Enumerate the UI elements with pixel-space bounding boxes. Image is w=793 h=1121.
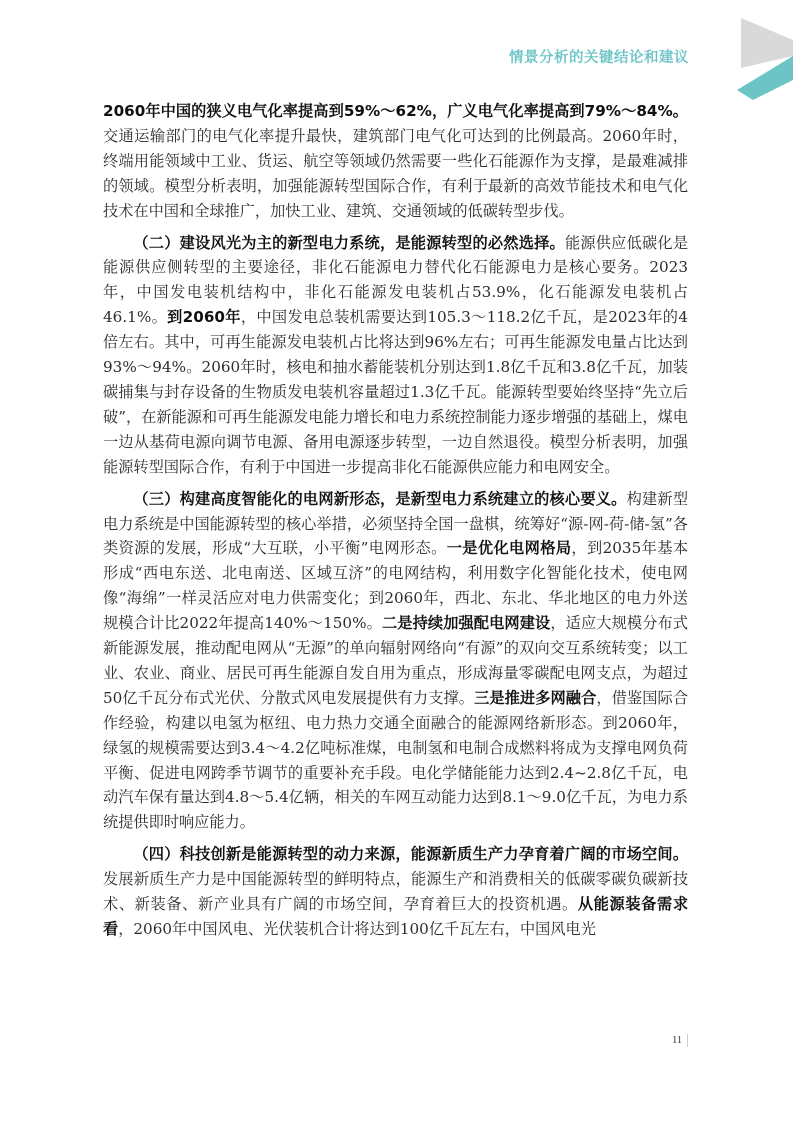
body-text: ，2060年中国风电、光伏装机合计将达到100亿千瓦左右，中国风电光 — [118, 920, 596, 938]
body-text: ，借鉴国际合作经验，构建以电氢为枢纽、电力热力交通全面融合的能源网络新形态。到2… — [103, 689, 688, 832]
section-title: 情景分析的关键结论和建议 — [509, 46, 689, 67]
body-text: 交通运输部门的电气化率提升最快，建筑部门电气化可达到的比例最高。2060年时，终… — [103, 127, 688, 220]
key-phrase-bold: 二是持续加强配电网建设 — [382, 614, 550, 632]
paragraph-electrification: 2060年中国的狭义电气化率提高到59%～62%，广义电气化率提高到79%～84… — [103, 99, 688, 224]
key-phrase-bold: 一是优化电网格局 — [447, 539, 572, 557]
paragraph-innovation: （四）科技创新是能源转型的动力来源，能源新质生产力孕育着广阔的市场空间。发展新质… — [103, 842, 688, 942]
document-body: 2060年中国的狭义电气化率提高到59%～62%，广义电气化率提高到79%～84… — [103, 99, 688, 949]
paragraph-power-system: （二）建设风光为主的新型电力系统，是能源转型的必然选择。能源供应低碳化是能源供应… — [103, 231, 688, 480]
corner-arrow-icon — [733, 18, 793, 100]
key-phrase-bold: 到2060年 — [167, 308, 241, 326]
section-heading-2: （二）建设风光为主的新型电力系统，是能源转型的必然选择。 — [133, 234, 565, 252]
section-heading-4: （四）科技创新是能源转型的动力来源，能源新质生产力孕育着广阔的市场空间。 — [133, 845, 688, 863]
key-phrase-bold: 三是推进多网融合 — [474, 689, 596, 707]
body-text: ，中国发电总装机需要达到105.3～118.2亿千瓦，是2023年的4倍左右。其… — [103, 308, 688, 475]
key-finding-bold: 2060年中国的狭义电气化率提高到59%～62%，广义电气化率提高到79%～84… — [103, 102, 688, 120]
paragraph-grid: （三）构建高度智能化的电网新形态，是新型电力系统建立的核心要义。构建新型电力系统… — [103, 487, 688, 836]
section-heading-3: （三）构建高度智能化的电网新形态，是新型电力系统建立的核心要义。 — [133, 490, 626, 508]
page-number: 11 — [672, 1034, 688, 1047]
